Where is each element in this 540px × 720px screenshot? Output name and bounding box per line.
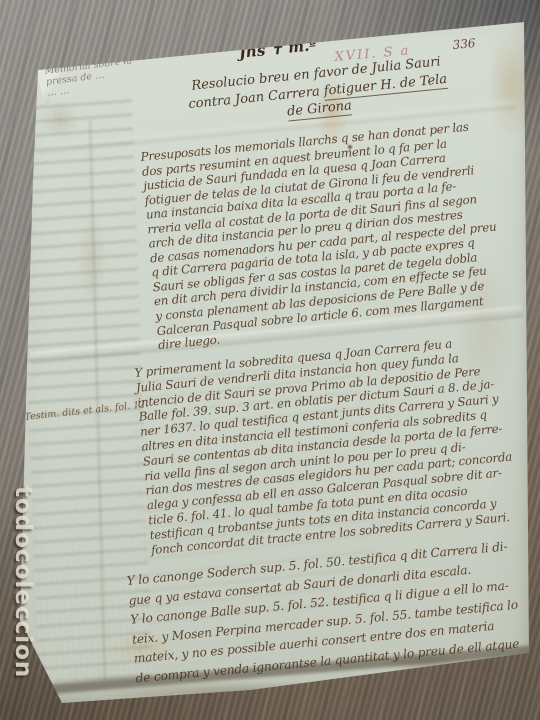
manuscript-paragraph-1: Presuposats los memorials llarchs q se h… <box>140 118 505 353</box>
paper-edge-notch <box>21 142 33 184</box>
manuscript-paper: Jhs ✝ m.ª XVII. S a 336 Memorial sobre l… <box>0 0 540 720</box>
margin-note-top: Memorial sobre lapressa de …… … <box>44 55 135 98</box>
manuscript-photo: Jhs ✝ m.ª XVII. S a 336 Memorial sobre l… <box>0 0 540 720</box>
manuscript-paragraph-2: Y primerament la sobredita quesa q Joan … <box>134 332 518 558</box>
invocation-monogram: Jhs ✝ m.ª <box>238 36 317 62</box>
watermark: todocoleccion <box>10 486 36 678</box>
